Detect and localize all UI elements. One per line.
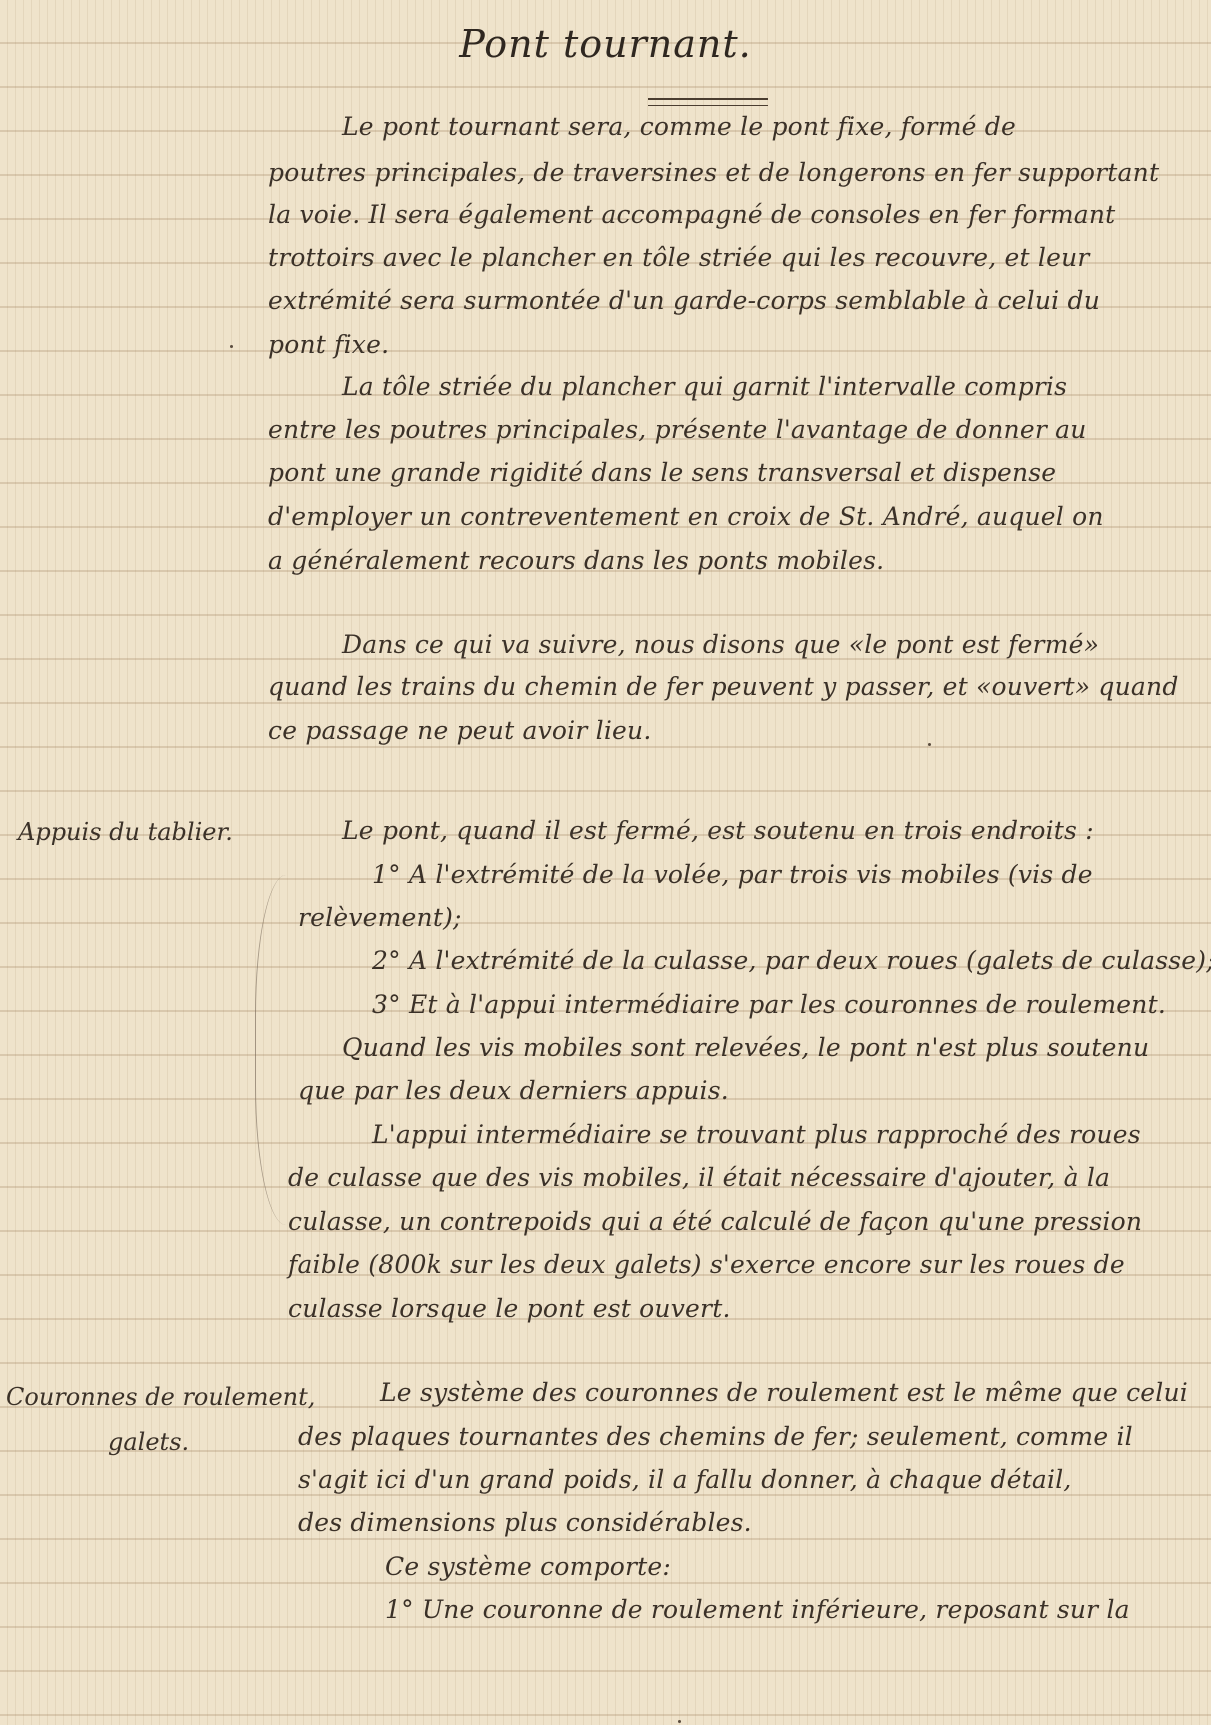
text-line: Quand les vis mobiles sont relevées, le …	[342, 1033, 1149, 1062]
text-line: poutres principales, de traversines et d…	[268, 158, 1159, 187]
text-line: trottoirs avec le plancher en tôle strié…	[268, 243, 1090, 272]
ink-speck	[230, 345, 233, 348]
title-underline	[648, 98, 768, 106]
text-line: 1° A l'extrémité de la volée, par trois …	[372, 860, 1093, 889]
text-line: a généralement recours dans les ponts mo…	[268, 546, 884, 575]
text-line: Ce système comporte:	[385, 1552, 671, 1581]
text-line: Dans ce qui va suivre, nous disons que «…	[342, 630, 1099, 659]
text-line: culasse lorsque le pont est ouvert.	[288, 1294, 731, 1323]
text-line: relèvement);	[298, 903, 462, 932]
text-line: 2° A l'extrémité de la culasse, par deux…	[372, 946, 1211, 975]
pencil-bracket	[255, 875, 286, 1225]
text-line: s'agit ici d'un grand poids, il a fallu …	[298, 1465, 1072, 1494]
manuscript-page: Pont tournant. Le pont tournant sera, co…	[0, 0, 1211, 1725]
margin-note-couronnes: Couronnes de roulement,	[6, 1383, 315, 1411]
text-line: pont une grande rigidité dans le sens tr…	[268, 458, 1056, 487]
ink-speck	[678, 1720, 681, 1723]
text-line: la voie. Il sera également accompagné de…	[268, 200, 1115, 229]
text-line: La tôle striée du plancher qui garnit l'…	[342, 372, 1067, 401]
text-line: 1° Une couronne de roulement inférieure,…	[385, 1595, 1130, 1624]
text-line: faible (800k sur les deux galets) s'exer…	[288, 1250, 1125, 1279]
text-line: extrémité sera surmontée d'un garde-corp…	[268, 286, 1100, 315]
text-line: des plaques tournantes des chemins de fe…	[298, 1422, 1133, 1451]
text-line: 3° Et à l'appui intermédiaire par les co…	[372, 990, 1166, 1019]
text-line: Le pont, quand il est fermé, est soutenu…	[342, 816, 1094, 845]
text-line: Le système des couronnes de roulement es…	[380, 1378, 1188, 1407]
text-line: de culasse que des vis mobiles, il était…	[288, 1163, 1110, 1192]
margin-note-appuis: Appuis du tablier.	[18, 818, 233, 846]
text-line: Le pont tournant sera, comme le pont fix…	[342, 112, 1016, 141]
text-line: culasse, un contrepoids qui a été calcul…	[288, 1207, 1142, 1236]
text-line: d'employer un contreventement en croix d…	[268, 502, 1104, 531]
text-line: entre les poutres principales, présente …	[268, 415, 1087, 444]
page-title: Pont tournant.	[0, 22, 1211, 66]
text-line: que par les deux derniers appuis.	[298, 1076, 729, 1105]
text-line: pont fixe.	[268, 330, 389, 359]
text-line: des dimensions plus considérables.	[298, 1508, 752, 1537]
ink-speck	[928, 743, 931, 746]
text-line: quand les trains du chemin de fer peuven…	[268, 672, 1179, 701]
text-line: ce passage ne peut avoir lieu.	[268, 716, 652, 745]
text-line: L'appui intermédiaire se trouvant plus r…	[372, 1120, 1141, 1149]
margin-note-galets: galets.	[108, 1428, 189, 1456]
